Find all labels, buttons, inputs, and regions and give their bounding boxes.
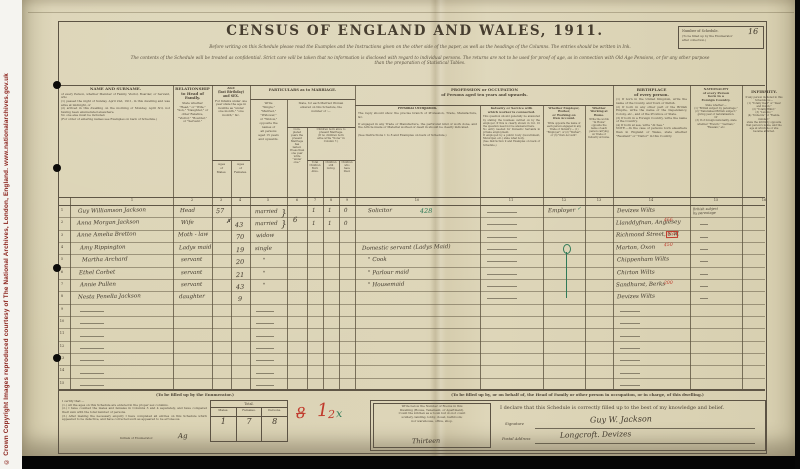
entry-children-died: 0 <box>344 221 348 227</box>
col-number: 4 <box>232 198 248 202</box>
row-number: 7 <box>56 282 68 286</box>
entry-relationship: daughter <box>179 294 205 301</box>
signature-label: Signature <box>505 421 524 426</box>
row-number: 5 <box>56 257 68 261</box>
col-marriage-children-note: Children born alive to present Marriage.… <box>308 128 354 159</box>
entry-age-female: 19 <box>236 246 244 254</box>
col-marriage-woman-note: State, for each Married Woman entered on… <box>288 101 354 126</box>
entry-employer: Employer <box>548 208 575 215</box>
rooms-note: Write below the Number of Rooms in this … <box>374 404 490 424</box>
occupation-code-green: 428 <box>420 207 433 215</box>
row-number: 1 <box>56 208 68 212</box>
entry-age-female: 43 <box>236 283 244 291</box>
punch-hole <box>53 264 61 272</box>
col-number: 13 <box>591 198 607 202</box>
row-number: 11 <box>56 331 68 335</box>
enumerator-initials: Ag <box>178 432 188 440</box>
col-home-body: Write the words "At Home" opposite the n… <box>586 117 612 140</box>
punch-hole <box>53 164 61 172</box>
totals-persons-label: Persons. <box>262 408 287 416</box>
marriage-brace: } <box>281 220 287 230</box>
entry-birthplace: Marton, Oxon <box>616 245 655 252</box>
green-enumerator-line <box>566 252 567 298</box>
totals-title: Total. <box>211 401 287 408</box>
col-number: 3 <box>213 198 229 202</box>
schedule-number-label: Number of Schedule. <box>682 29 719 33</box>
entry-relationship: Moth - law <box>178 232 208 239</box>
green-tick: ✓ <box>577 206 581 212</box>
scan-right-edge <box>795 0 800 469</box>
totals-males-label: Males. <box>211 408 237 416</box>
signature-value: Guy W. Jackson <box>590 414 652 424</box>
entry-occupation: " Housemaid <box>368 282 405 289</box>
totals-males-value: 1 <box>211 417 237 441</box>
row-number: 12 <box>56 344 68 348</box>
entry-birthplace: Chippenham Wilts <box>617 256 669 263</box>
col-industry-body: This question should generally be answer… <box>481 114 542 147</box>
col-number: 1 <box>124 198 140 202</box>
col-number: 8 <box>323 198 339 202</box>
census-scan-page: { "copyright": "© Crown Copyright Images… <box>0 0 800 469</box>
entry-children-living: 1 <box>328 208 332 214</box>
col-occupation-body: The reply should show the precise branch… <box>356 111 479 138</box>
row-number: 10 <box>56 319 68 323</box>
birthplace-code-red: 200 <box>664 281 673 286</box>
col-children-died: Children who have Died. <box>340 161 354 196</box>
entry-relationship: servant <box>181 257 202 263</box>
entry-years-married: 6 <box>293 216 298 224</box>
entry-name: Martha Archard <box>82 257 128 264</box>
correction-mark: ✗ <box>226 218 231 225</box>
entry-age-female: 70 <box>236 233 244 241</box>
entry-occupation: " Cook <box>368 257 387 263</box>
entry-name: Annie Pullen <box>80 282 116 289</box>
col-infirmity-body: If any person included in this Schedule … <box>743 95 785 135</box>
col-relationship-title: RELATIONSHIP to Head of Family. <box>174 87 211 101</box>
entry-children-born: 1 <box>312 208 316 214</box>
rooms-value: Thirteen <box>412 437 440 446</box>
col-employer-body: Write opposite the name of each person e… <box>544 121 584 138</box>
col-number: 15 <box>708 198 724 202</box>
col-number: 5 <box>260 198 276 202</box>
entry-children-born: 1 <box>312 221 316 227</box>
row-number: 9 <box>56 307 68 311</box>
col-number: 9 <box>339 198 355 202</box>
col-home-title: Whether Working at Home. <box>586 107 612 117</box>
household-section-label: (To be filled up by, or on behalf of, th… <box>385 392 770 397</box>
entry-age-female: 43 <box>235 221 243 229</box>
col-children-born: Total Children Born Alive. <box>308 161 322 196</box>
scan-bottom-edge <box>0 456 800 469</box>
col-birthplace-body: (1) If born in the United Kingdom, write… <box>614 97 689 139</box>
col-marriage-status: Write "Single," "Married," "Widower," or… <box>251 101 286 196</box>
punch-hole <box>53 81 61 89</box>
col-number: 2 <box>184 198 200 202</box>
entry-age-female: 20 <box>236 258 244 266</box>
entry-marriage: married <box>255 221 278 227</box>
instruction-line-2: The contents of the Schedule will be tre… <box>70 56 770 66</box>
entry-name: Ethel Corbet <box>79 270 115 277</box>
totals-persons-value: 8 <box>262 417 287 441</box>
postal-address-value: Longcroft. Devizes <box>560 429 631 439</box>
entry-name: Amy Rippington <box>80 245 126 252</box>
entry-nationality: British subject by parentage <box>693 207 718 216</box>
birthplace-code-red: 450 <box>664 243 673 248</box>
entry-birthplace: Chirton Wilts <box>617 270 655 277</box>
col-industry-title: Industry or Service with which worker is… <box>481 107 542 114</box>
col-nationality-body: State whether:— (1) "British subject by … <box>691 103 741 130</box>
col-birthplace-title: BIRTHPLACE of every person. <box>614 88 689 97</box>
birthplace-code-red: 456 <box>664 218 673 223</box>
entry-relationship: Ladys maid <box>179 245 212 252</box>
totals-females-label: Females. <box>237 408 263 416</box>
entry-marriage: widow <box>256 233 274 239</box>
entry-children-died: 0 <box>344 208 348 214</box>
red-check-mark: 2 <box>328 408 335 421</box>
birthplace-code-red: 455 <box>666 231 678 238</box>
row-number: 3 <box>56 233 68 237</box>
col-number: 16 <box>756 198 772 202</box>
entry-age-female: 21 <box>236 271 244 279</box>
entry-marriage: single <box>255 246 272 252</box>
col-profession-title: PROFESSION or OCCUPATION of Persons aged… <box>356 88 613 97</box>
entry-name: Anne Amelia Bretton <box>77 231 136 238</box>
col-age-males: Ages of Males. <box>213 162 230 196</box>
col-number: 7 <box>307 198 323 202</box>
postal-address-label: Postal Address <box>502 436 530 441</box>
row-number: 14 <box>56 368 68 372</box>
col-age-females: Ages of Females. <box>232 162 249 196</box>
marriage-brace: } <box>281 209 287 219</box>
col-nationality-title: NATIONALITY of every Person born in a Fo… <box>691 88 741 103</box>
entry-birthplace: Sandhurst, Berks <box>616 281 665 288</box>
copyright-text: © Crown Copyright Images reproduced cour… <box>3 73 10 465</box>
row-number: 4 <box>56 245 68 249</box>
entry-marriage-ditto: " <box>263 283 266 289</box>
col-number: 6 <box>289 198 305 202</box>
col-number: 11 <box>503 198 519 202</box>
entry-children-living: 1 <box>328 221 332 227</box>
red-check-mark: 8 <box>296 404 306 422</box>
entry-relationship: Head <box>180 208 195 214</box>
row-number: 2 <box>56 220 68 224</box>
entry-marriage-ditto: " <box>263 258 266 264</box>
col-marriage-years: Com- pleted years the present Marriage h… <box>288 128 306 196</box>
totals-females-value: 7 <box>237 417 263 441</box>
entry-relationship: servant <box>181 282 202 288</box>
entry-relationship: Wife <box>181 220 194 226</box>
col-number: 14 <box>643 198 659 202</box>
copyright-strip: © Crown Copyright Images reproduced cour… <box>0 0 22 469</box>
punch-hole <box>53 354 61 362</box>
col-number: 12 <box>556 198 572 202</box>
page-title: CENSUS OF ENGLAND AND WALES, 1911. <box>70 23 760 39</box>
entry-birthplace: Devizes Wilts <box>617 294 655 301</box>
entry-occupation: " Parlour maid <box>368 270 409 277</box>
row-number: 8 <box>56 294 68 298</box>
paper-foldline <box>28 12 794 13</box>
entry-occupation: Solicitor <box>368 208 392 215</box>
instruction-line-1: Before writing on this Schedule please r… <box>120 45 720 50</box>
declaration-text: I declare that this Schedule is correctl… <box>500 405 760 411</box>
red-check-mark: 1 <box>317 400 329 421</box>
entry-age-male: 57 <box>216 207 224 215</box>
enumerator-initials-label: Initials of Enumerator. <box>120 437 153 441</box>
enumerator-section-label: (To be filled up by the Enumerator.) <box>90 392 300 397</box>
col-number: 10 <box>409 198 425 202</box>
green-check-mark: x <box>336 407 342 420</box>
entry-age-female: 9 <box>238 295 242 303</box>
entry-birthplace: Devizes Wilts <box>617 208 655 215</box>
row-number: 15 <box>56 381 68 385</box>
col-name-body: of every Person, whether Member of Famil… <box>59 92 172 123</box>
col-employer-title: Whether Employer, Worker, or Working on … <box>544 107 584 121</box>
col-marriage-title: PARTICULARS as to MARRIAGE. <box>251 88 354 92</box>
col-children-living: Children still Living. <box>324 161 338 196</box>
entry-relationship: servant <box>181 270 202 276</box>
entry-marriage: married <box>255 209 278 215</box>
col-age-body: For Infants under one year state the age… <box>213 99 249 119</box>
schedule-number-value: 16 <box>748 27 758 36</box>
entry-marriage-ditto: " <box>263 271 266 277</box>
col-age-title: AGE (last Birthday) and SEX. <box>213 87 249 99</box>
col-relationship-body: State whether "Head," or "Wife," "Son," … <box>174 101 211 125</box>
